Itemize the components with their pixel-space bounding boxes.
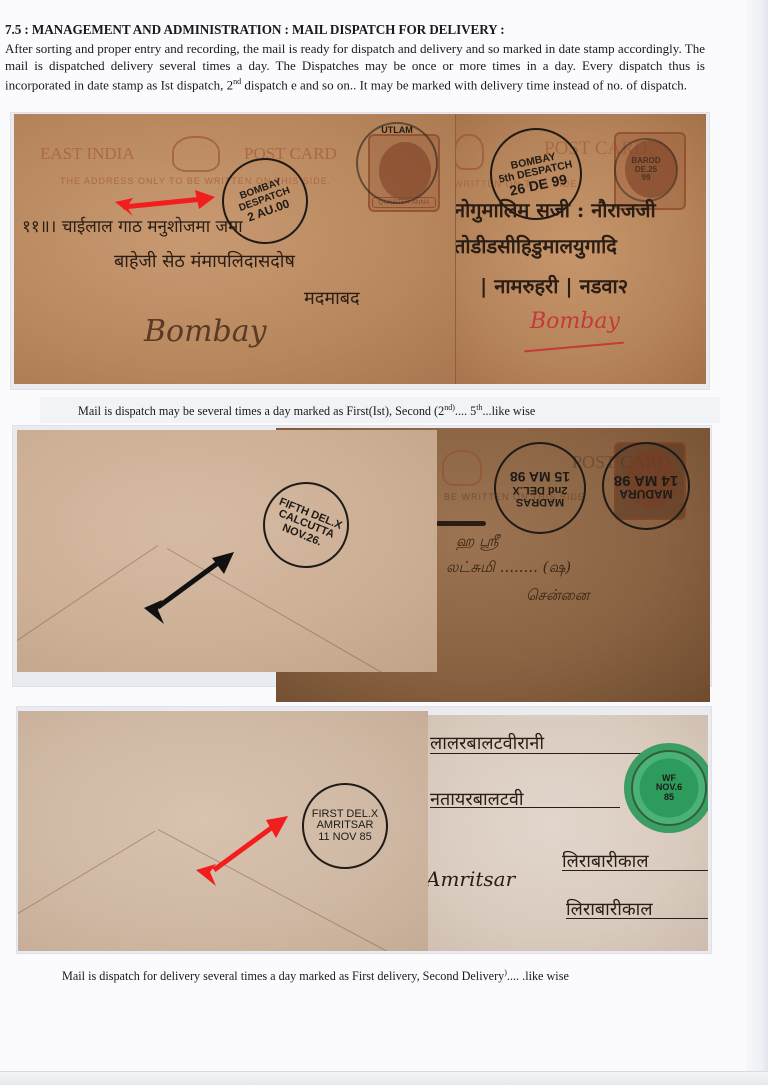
postcard-east-india-bombay-despatch: EAST INDIA POST CARD THE ADDRESS ONLY TO… <box>14 114 456 384</box>
caption-2: Mail is dispatch for delivery several ti… <box>62 968 569 984</box>
section-title: 7.5 : MANAGEMENT AND ADMINISTRATION : MA… <box>5 22 505 38</box>
handwritten-address-line-2: லட்சுமி ........ (ஷ) <box>446 558 571 578</box>
handwritten-address-line-2: बाहेजी सेठ मंमापलिदासदोष <box>114 249 295 273</box>
handwritten-address-line-2: नतायरबालटवी <box>430 787 524 811</box>
handwritten-address-line-1: नोगुमालिम सजी : नौराजजी <box>454 196 656 223</box>
red-arrow-icon <box>115 190 225 220</box>
royal-crest-icon <box>442 450 482 486</box>
calcutta-fifth-delivery-postmark: FIFTH DEL.XCALCUTTANOV.26. <box>250 469 362 581</box>
envelope-flap-fold <box>18 831 155 914</box>
handwritten-address-line-3: | नामरुहरी | नडवा२ <box>480 272 628 299</box>
origin-postmark: WFNOV.685 <box>631 750 707 826</box>
red-underline <box>524 342 624 352</box>
postcard-bombay-5th-despatch: POST CARD WRITTEN ON THIS SIDE. BARODDE.… <box>440 114 706 384</box>
handwritten-address-line-3: சென்னை <box>526 586 589 606</box>
handwritten-city: Amritsar <box>426 867 515 891</box>
red-arrow-icon <box>194 814 294 890</box>
caption-1: Mail is dispatch may be several times a … <box>78 403 535 419</box>
handwritten-address-line-4: लिराबारीकाल <box>566 897 653 921</box>
page-edge <box>746 0 768 1085</box>
handwritten-address-line-2: तोडीडसीहिडुमालयुगादि <box>454 232 617 259</box>
handwritten-city: Bombay <box>530 309 620 334</box>
amritsar-first-delivery-postmark: FIRST DEL.XAMRITSAR11 NOV 85 <box>302 783 388 869</box>
handwritten-address-line-1: लालरबालटवीरानी <box>430 731 544 755</box>
black-arrow-icon <box>140 550 240 630</box>
page-bottom-edge <box>0 1071 768 1085</box>
envelope-india-postage-amritsar: लालरबालटवीरानी नतायरबालटवी WFNOV.685 लिर… <box>424 715 708 951</box>
origin-postmark: UTLAM <box>356 122 438 204</box>
intro-paragraph: After sorting and proper entry and recor… <box>5 41 705 94</box>
royal-crest-icon <box>172 136 220 172</box>
section-number: 7.5 : <box>5 22 29 37</box>
madras-delivery-postmark: MADRAS2nd DEL.X15 MA 98 <box>494 442 586 534</box>
madura-origin-postmark: MADURA14 MA 98 <box>602 442 690 530</box>
section-heading: MANAGEMENT AND ADMINISTRATION : MAIL DIS… <box>32 22 505 37</box>
origin-postmark: BARODDE.2599 <box>614 138 678 202</box>
card-header-left: EAST INDIA <box>40 144 135 164</box>
handwritten-city: Bombay <box>144 314 267 349</box>
envelope-flap-fold <box>17 545 158 641</box>
royal-crest-icon <box>454 134 484 170</box>
handwritten-address-line-1: ஹ ஸ்ரீ <box>456 532 499 552</box>
ink-smudge <box>436 521 486 526</box>
handwritten-address-line-3: मदमाबद <box>304 286 360 310</box>
handwritten-address-line-3: लिराबारीकाल <box>562 849 649 873</box>
